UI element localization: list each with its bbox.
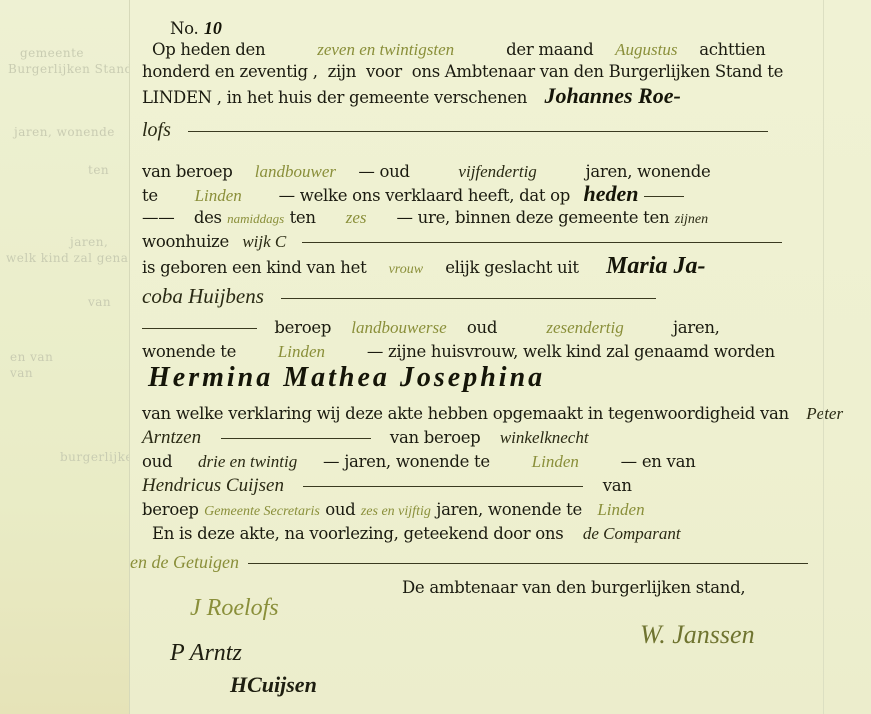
line-mother-cont: coba Huijbens bbox=[142, 286, 842, 308]
hw-occupation: winkelknecht bbox=[500, 428, 589, 447]
printed-text: — jaren, wonende te bbox=[323, 452, 490, 471]
hw-age: drie en twintig bbox=[178, 452, 318, 472]
hw-age: zes en vijftig bbox=[361, 504, 431, 519]
fill-rule bbox=[644, 196, 684, 198]
hw-witness1-name-cont: Arntzen bbox=[142, 427, 201, 448]
line-child-name: Hermina Mathea Josephina bbox=[148, 368, 545, 391]
line-declarant-residence: te Linden — welke ons verklaard heeft, d… bbox=[142, 184, 684, 206]
line-signed: En is deze akte, na voorlezing, geteeken… bbox=[152, 524, 681, 544]
hw-declarant-name-cont: lofs bbox=[142, 119, 171, 141]
signature-declarant: J Roelofs bbox=[190, 595, 279, 622]
line-signed-cont: en de Getuigen bbox=[130, 552, 830, 573]
bleed-text: van bbox=[88, 295, 111, 309]
printed-text: beroep bbox=[142, 500, 199, 519]
printed-text: —— bbox=[142, 208, 174, 227]
line-declarant-cont: lofs bbox=[142, 120, 842, 141]
hw-hour: zes bbox=[321, 208, 391, 228]
hw-age: vijfendertig bbox=[415, 162, 580, 182]
printed-text: — zijne huisvrouw, welk kind zal genaamd… bbox=[367, 342, 775, 361]
printed-text: der maand bbox=[506, 40, 593, 59]
hw-age: zesendertig bbox=[503, 318, 668, 338]
signature-registrar: W. Janssen bbox=[640, 620, 755, 650]
printed-text: achttien bbox=[699, 40, 765, 59]
printed-text: — ure, binnen deze gemeente ten bbox=[397, 208, 670, 227]
bleed-text: van bbox=[10, 366, 33, 380]
line-appeared: LINDEN , in het huis der gemeente versch… bbox=[142, 86, 681, 108]
line-mother-residence: wonende te Linden — zijne huisvrouw, wel… bbox=[142, 342, 775, 362]
signature-witness2: HCuijsen bbox=[230, 672, 317, 698]
printed-text: — en van bbox=[621, 452, 696, 471]
fill-rule bbox=[188, 131, 768, 133]
fill-rule bbox=[281, 298, 656, 300]
hw-occupation: landbouwerse bbox=[337, 318, 462, 338]
hw-day: zeven en twintigsten bbox=[271, 40, 501, 60]
printed-text: oud bbox=[142, 452, 172, 471]
fill-rule bbox=[221, 438, 371, 440]
printed-text: jaren, wonende te bbox=[436, 500, 582, 519]
printed-text: oud bbox=[325, 500, 355, 519]
printed-text: van beroep bbox=[142, 162, 233, 181]
hw-witness2-name: Hendricus Cuijsen bbox=[142, 475, 284, 496]
hw-occupation: landbouwer bbox=[238, 162, 353, 182]
printed-text: De ambtenaar van den burgerlijken stand, bbox=[402, 578, 745, 597]
printed-text: honderd en zeventig , zijn voor ons Ambt… bbox=[142, 62, 783, 81]
hw-signed-by: de Comparant bbox=[583, 524, 681, 543]
printed-text: — welke ons verklaard heeft, dat op bbox=[279, 186, 570, 205]
hw-house: zijnen bbox=[675, 212, 708, 227]
printed-text: wonende te bbox=[142, 342, 236, 361]
printed-text: van welke verklaring wij deze akte hebbe… bbox=[142, 404, 789, 423]
line-year: honderd en zeventig , zijn voor ons Ambt… bbox=[142, 62, 783, 82]
printed-text: is geboren een kind van het bbox=[142, 258, 366, 277]
printed-text: jaren, bbox=[673, 318, 720, 337]
printed-text: van beroep bbox=[390, 428, 481, 447]
line-sex-mother: is geboren een kind van het vrouw elijk … bbox=[142, 256, 705, 280]
printed-text: — oud bbox=[358, 162, 409, 181]
certificate-number: No. 10 bbox=[170, 18, 222, 39]
hw-witness1-name: Peter bbox=[806, 404, 843, 423]
hw-mother-name: Maria Ja- bbox=[606, 253, 705, 279]
hw-sex: vrouw bbox=[372, 260, 440, 280]
hw-place: Linden bbox=[597, 500, 644, 519]
fill-rule bbox=[142, 328, 257, 330]
hw-house-ward: wijk C bbox=[242, 232, 286, 251]
bleed-text: jaren, wonende bbox=[14, 125, 115, 139]
bleed-text: gemeente bbox=[20, 46, 84, 60]
line-witness1-occupation: Arntzen van beroep winkelknecht bbox=[142, 428, 589, 448]
registrar-caption: De ambtenaar van den burgerlijken stand, bbox=[402, 578, 745, 598]
printed-text: des bbox=[194, 208, 222, 227]
line-witness2-name: Hendricus Cuijsen van bbox=[142, 476, 842, 496]
hw-mother-name-cont: coba Huijbens bbox=[142, 284, 264, 308]
hw-place: Linden bbox=[495, 452, 615, 472]
printed-text: LINDEN , in het huis der gemeente versch… bbox=[142, 88, 527, 107]
hw-daypart: namiddags bbox=[227, 211, 284, 226]
fill-rule bbox=[302, 242, 782, 244]
fill-rule bbox=[248, 563, 808, 565]
printed-text: te bbox=[142, 186, 158, 205]
hw-declarant-name: Johannes Roe- bbox=[545, 83, 681, 108]
right-fold-line bbox=[823, 0, 824, 714]
printed-text: oud bbox=[467, 318, 497, 337]
printed-text: ten bbox=[290, 208, 316, 227]
line-witness2-occupation: beroep Gemeente Secretaris oud zes en vi… bbox=[142, 500, 645, 522]
line-date: Op heden den zeven en twintigsten der ma… bbox=[152, 40, 765, 60]
bleed-text: ten bbox=[88, 163, 109, 177]
line-declarant-occupation: van beroep landbouwer — oud vijfendertig… bbox=[142, 162, 710, 182]
hw-month: Augustus bbox=[599, 40, 694, 60]
printed-text: jaren, wonende bbox=[586, 162, 711, 181]
printed-text: En is deze akte, na voorlezing, geteeken… bbox=[152, 524, 563, 543]
printed-text: elijk geslacht uit bbox=[445, 258, 578, 277]
line-witness1-age: oud drie en twintig — jaren, wonende te … bbox=[142, 452, 695, 472]
fill-rule bbox=[303, 486, 583, 488]
printed-text: woonhuize bbox=[142, 232, 229, 251]
number-label: No. bbox=[170, 19, 198, 38]
hw-place: Linden bbox=[163, 186, 273, 206]
bleed-text: en van bbox=[10, 350, 53, 364]
hw-when: heden bbox=[583, 181, 638, 206]
birth-certificate-page: No. 10 Op heden den zeven en twintigsten… bbox=[130, 0, 871, 714]
line-time: —— des namiddags ten zes — ure, binnen d… bbox=[142, 208, 708, 230]
hw-child-name: Hermina Mathea Josephina bbox=[148, 362, 545, 393]
hw-place: Linden bbox=[241, 342, 361, 362]
line-house: woonhuize wijk C bbox=[142, 232, 842, 252]
number-value: 10 bbox=[204, 18, 222, 38]
left-margin-bleed-through: gemeente Burgerlijken Stand te jaren, wo… bbox=[0, 0, 130, 714]
hw-occupation: Gemeente Secretaris bbox=[204, 504, 320, 519]
line-declaration: van welke verklaring wij deze akte hebbe… bbox=[142, 404, 843, 424]
printed-text: van bbox=[603, 476, 632, 495]
bleed-text: jaren, bbox=[70, 235, 108, 249]
printed-text: beroep bbox=[274, 318, 331, 337]
line-mother-occupation: beroep landbouwerse oud zesendertig jare… bbox=[142, 318, 720, 338]
printed-text: Op heden den bbox=[152, 40, 265, 59]
signature-witness1: P Arntz bbox=[170, 640, 242, 667]
hw-signed-by-cont: en de Getuigen bbox=[130, 552, 239, 572]
